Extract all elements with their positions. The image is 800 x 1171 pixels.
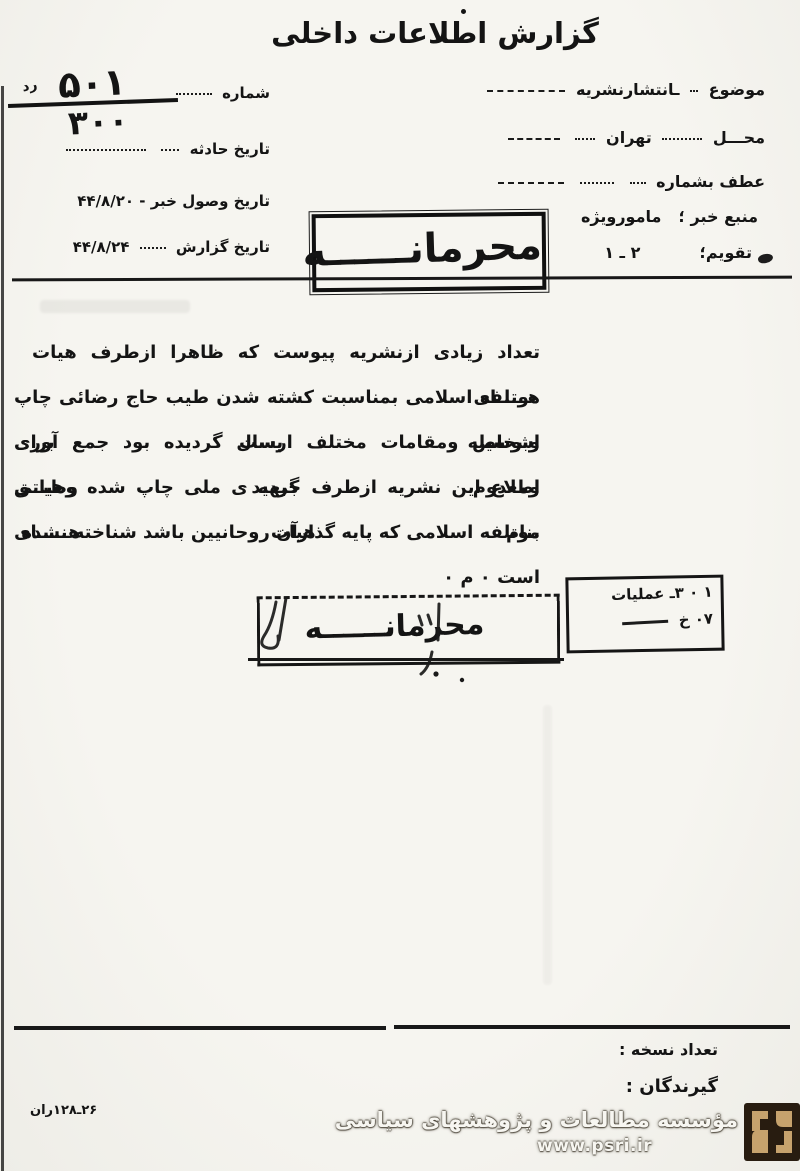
subject-value: ـانتشارنشریه	[576, 80, 679, 99]
scan-smudge	[543, 705, 552, 985]
routing-handwriting-line2: ۰۷ خ	[577, 609, 714, 634]
incident-date-label: تاریخ حادثه	[190, 140, 270, 158]
dotted-leader	[66, 146, 146, 151]
page-title: گزارش اطلاعات داخلی	[270, 16, 600, 50]
scan-edge-line	[1, 86, 4, 1171]
dotted-leader	[140, 244, 166, 249]
body-line: موتلفه اسلامی بمناسبت کشته شدن طیب حاج ر…	[14, 375, 540, 420]
confidential-stamp-top-text: محرمانــــــه	[315, 213, 543, 284]
footer-divider-line	[394, 1025, 790, 1029]
scan-smudge	[40, 300, 190, 313]
evaluation-label: تقویم؛	[699, 243, 752, 262]
routing-handwriting-line1: ۱ ۰ ۳ـ عملیات	[576, 583, 713, 606]
handwritten-stroke	[622, 617, 668, 625]
received-date-value: ۴۴/۸/۲۰	[77, 192, 134, 210]
handwritten-scribble	[246, 588, 576, 688]
dotted-leader	[662, 135, 702, 140]
field-received-date: تاریخ وصول خبر - ۴۴/۸/۲۰	[12, 192, 270, 210]
evaluation-value: ۱ ـ ۲	[604, 243, 640, 262]
watermark-organization: مؤسسه مطالعات و پژوهشهای سیاسی	[335, 1108, 738, 1132]
body-line: اشخاص ومقامات مختلف ارسال گردیده بود جمع…	[14, 420, 540, 465]
dotted-leader	[580, 179, 614, 184]
dotted-leader	[176, 90, 212, 95]
recipients-label: گیرندگان :	[626, 1076, 718, 1097]
watermark-url: www.psri.ir	[537, 1136, 652, 1156]
scanned-document-page: گزارش اطلاعات داخلی موضوع ـانتشارنشریه م…	[0, 0, 800, 1171]
field-location: محـــل تهران	[503, 128, 765, 147]
source-value: مامورویژه	[581, 207, 661, 226]
dash-leader	[498, 179, 564, 184]
source-label: منبع خبر ؛	[679, 207, 758, 226]
received-date-separator: -	[139, 192, 145, 210]
report-body: تعداد زیادی ازنشریه پیوست که ظاهرا ازطرف…	[14, 330, 540, 555]
dotted-leader	[161, 146, 179, 151]
field-source: منبع خبر ؛ مامورویژه	[581, 207, 758, 226]
footer-divider-line	[14, 1026, 386, 1030]
received-date-label: تاریخ وصول خبر	[151, 192, 270, 210]
registry-routing-box: ۱ ۰ ۳ـ عملیات ۰۷ خ	[565, 575, 724, 654]
ink-dot	[433, 671, 438, 676]
reference-label: عطف بشماره	[656, 172, 765, 191]
location-label: محـــل	[713, 128, 765, 147]
dotted-leader	[690, 87, 698, 92]
handwritten-note: رد	[21, 77, 39, 96]
body-line: تعداد زیادی ازنشریه پیوست که ظاهرا ازطرف…	[14, 330, 540, 375]
routing-handwriting-line2-text: ۰۷ خ	[678, 609, 713, 629]
stray-ink-mark	[757, 252, 774, 264]
copies-count-label: تعداد نسخه :	[619, 1040, 718, 1059]
field-report-date: تاریخ گزارش ۴۴/۸/۲۴	[12, 238, 270, 256]
subject-label: موضوع	[709, 80, 765, 99]
report-date-label: تاریخ گزارش	[176, 238, 270, 256]
field-subject: موضوع ـانتشارنشریه	[482, 80, 765, 99]
field-incident-date: تاریخ حادثه	[12, 140, 270, 158]
document-number-denominator: ۳۰۰	[67, 100, 129, 142]
number-label: شماره	[222, 84, 270, 102]
dotted-leader	[575, 135, 595, 140]
dotted-leader	[630, 179, 646, 184]
form-print-code: ۲۶ـ۱۲۸ران	[30, 1103, 97, 1118]
body-line: اطلاع این نشریه ازطرف جبهه ی ملی چاپ شده…	[14, 465, 540, 510]
report-date-value: ۴۴/۸/۲۴	[73, 238, 130, 256]
psri-logo	[744, 1103, 800, 1161]
location-value: تهران	[606, 128, 652, 147]
field-reference: عطف بشماره	[493, 172, 765, 191]
dash-leader	[487, 87, 565, 92]
field-evaluation: تقویم؛ ۱ ـ ۲	[604, 243, 752, 262]
dash-leader	[508, 135, 560, 140]
ink-dot	[461, 9, 466, 14]
body-line: موتلفه اسلامی که پایه گذارآن روحانیین با…	[14, 510, 540, 555]
ink-dot	[460, 678, 464, 682]
